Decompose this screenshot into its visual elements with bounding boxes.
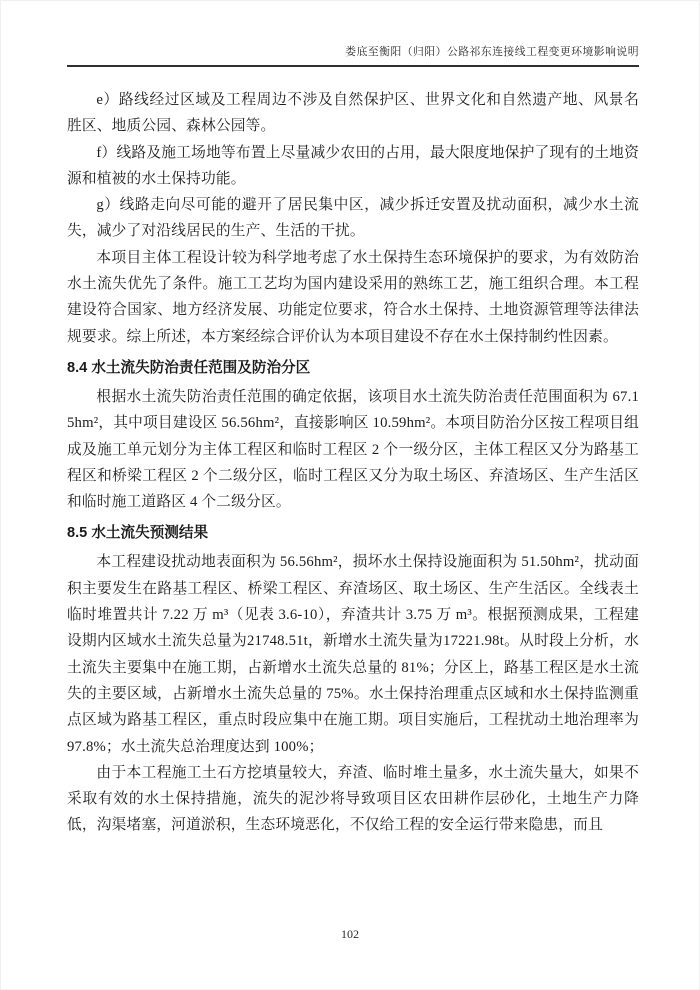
paragraph-prediction-results: 本工程建设扰动地表面积为 56.56hm²，损坏水土保持设施面积为 51.50h… [67,549,639,759]
paragraph-item-f: f）线路及施工场地等布置上尽量减少农田的占用，最大限度地保护了现有的土地资源和植… [67,140,639,193]
header-title: 娄底至衡阳（归阳）公路祁东连接线工程变更环境影响说明 [345,46,639,58]
paragraph-item-g: g）线路走向尽可能的避开了居民集中区，减少拆迁安置及扰动面积，减少水土流失，减少… [67,192,639,245]
paragraph-summary-evaluation: 本项目主体工程设计较为科学地考虑了水土保持生态环境保护的要求，为有效防治水土流失… [67,245,639,350]
document-page: 娄底至衡阳（归阳）公路祁东连接线工程变更环境影响说明 e）路线经过区域及工程周边… [0,0,700,990]
document-body: e）路线经过区域及工程周边不涉及自然保护区、世界文化和自然遗产地、风景名胜区、地… [67,87,639,839]
page-header: 娄底至衡阳（归阳）公路祁东连接线工程变更环境影响说明 [67,44,639,67]
paragraph-responsibility-scope: 根据水土流失防治责任范围的确定依据，该项目水土流失防治责任范围面积为 67.15… [67,384,639,515]
paragraph-erosion-consequences: 由于本工程施工土石方挖填量较大，弃渣、临时堆土量多，水土流失量大，如果不采取有效… [67,760,639,839]
section-heading-8-4: 8.4 水土流失防治责任范围及防治分区 [67,355,639,381]
section-heading-8-5: 8.5 水土流失预测结果 [67,520,639,546]
page-number: 102 [341,927,359,941]
paragraph-item-e: e）路线经过区域及工程周边不涉及自然保护区、世界文化和自然遗产地、风景名胜区、地… [67,87,639,140]
page-footer: 102 [0,927,700,942]
